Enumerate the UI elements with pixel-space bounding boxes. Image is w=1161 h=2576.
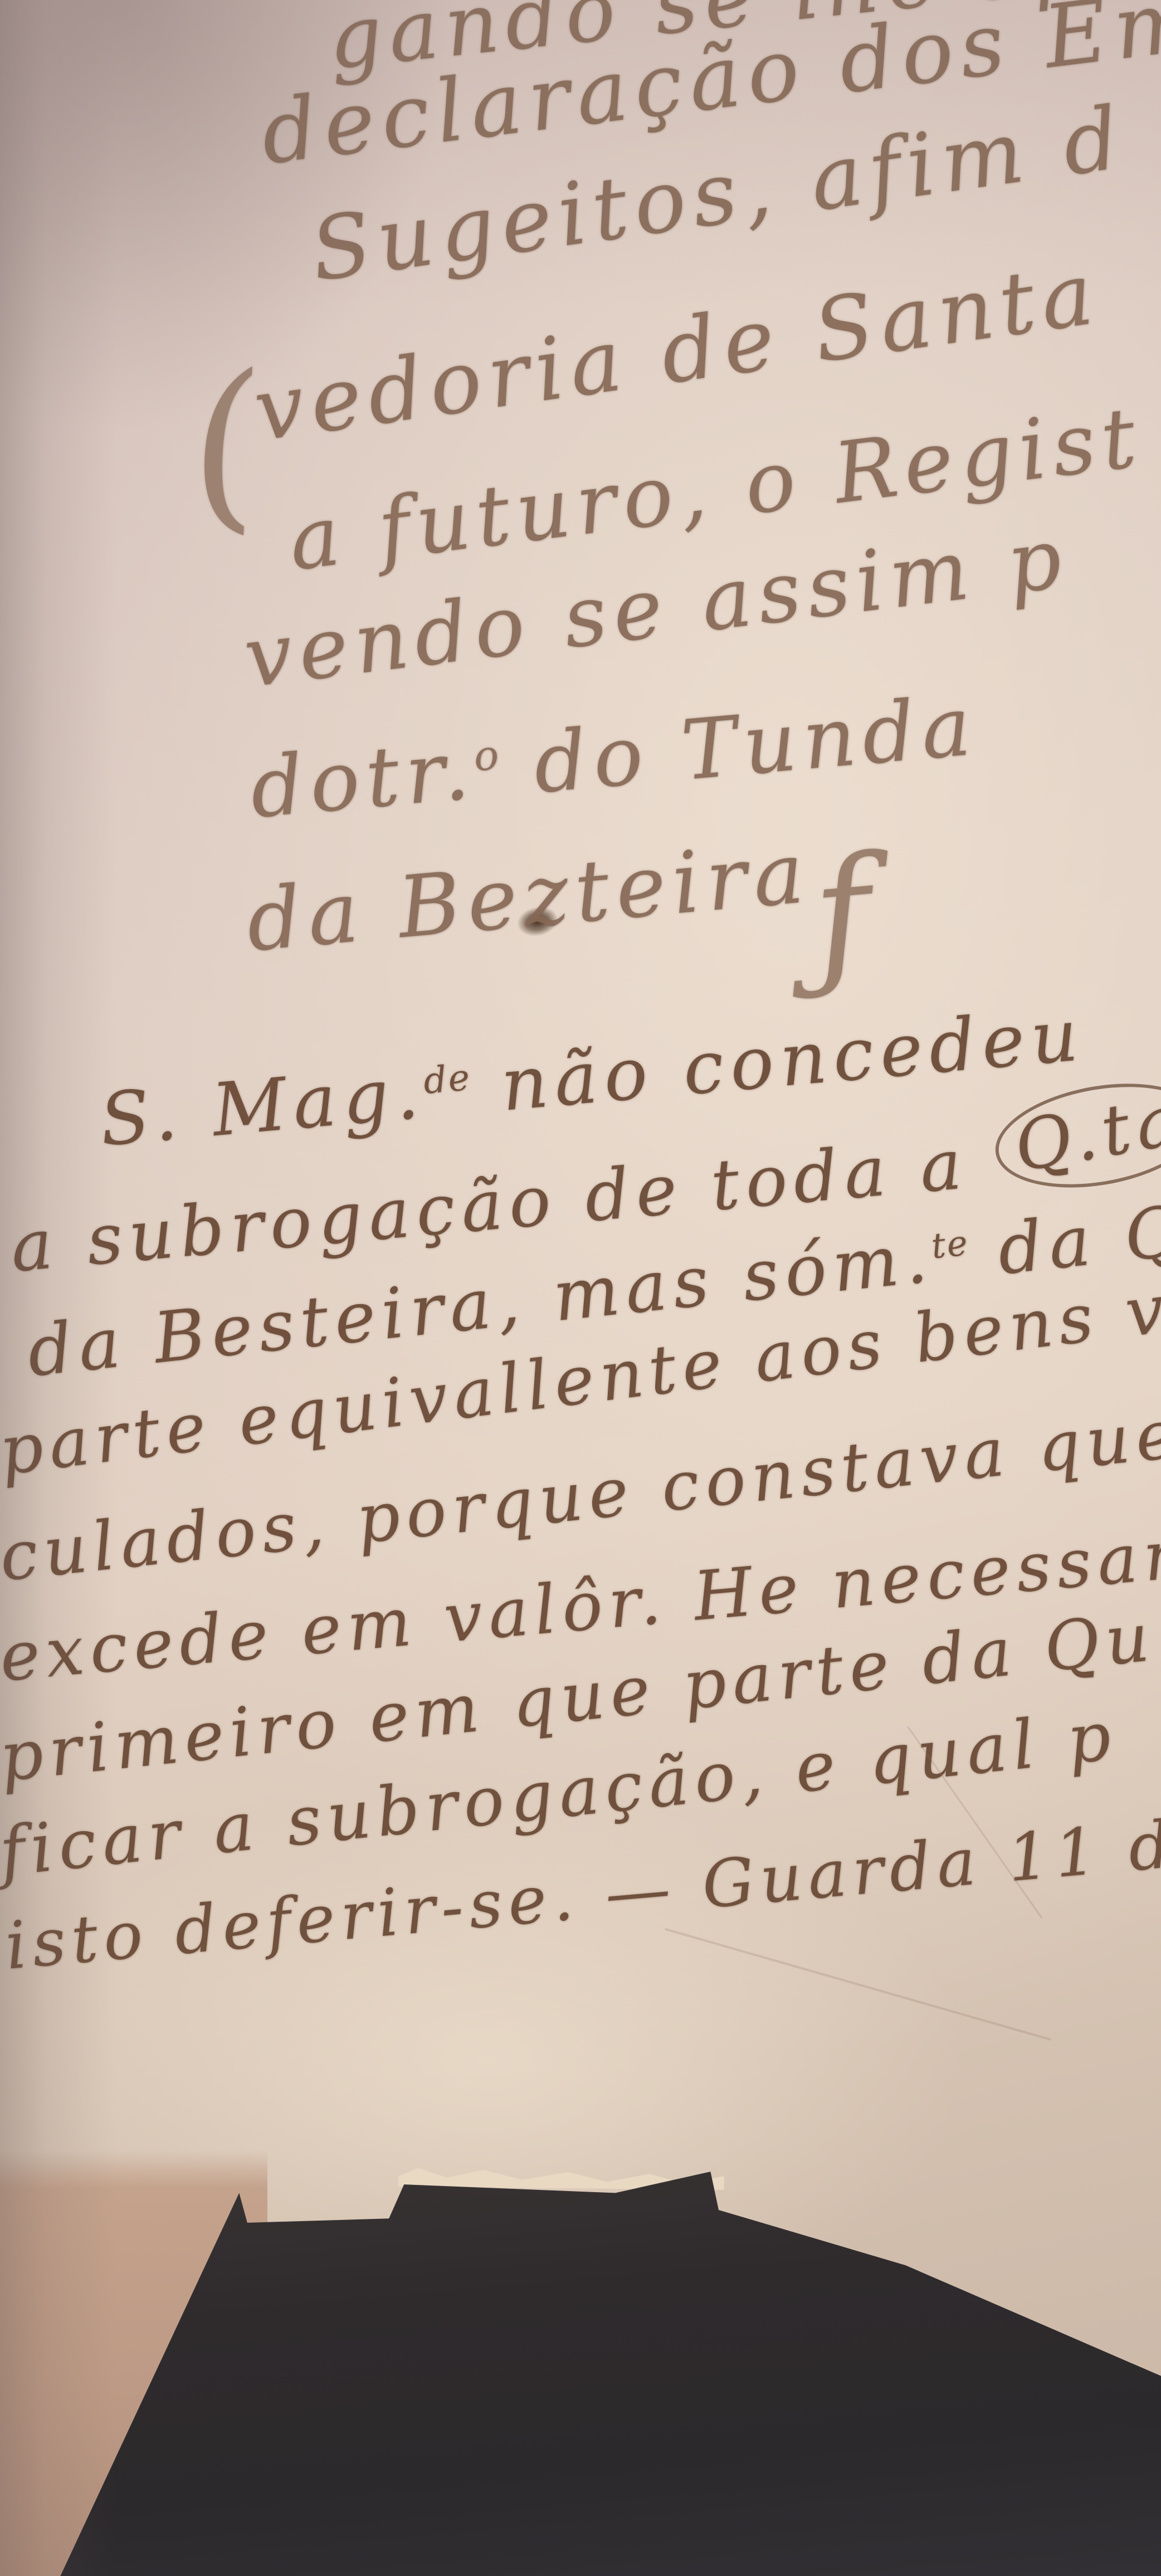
line-text: dotr. (247, 721, 480, 837)
line-text: da Bezteira (243, 823, 814, 970)
circled-abbreviation: Q.ta (987, 1069, 1161, 1203)
manuscript-line: dotr.o do Tunda (247, 677, 981, 836)
manuscript-photo: gando se lhe aprop declaração dos Em Sug… (0, 0, 1161, 2576)
line-text: do Tunda (497, 677, 981, 814)
superscript-abbreviation: de (422, 1057, 472, 1102)
superscript-abbreviation: te (929, 1222, 970, 1267)
paper-crease (665, 1928, 1051, 2041)
line-text: S. Mag. (96, 1050, 428, 1162)
superscript-abbreviation: o (472, 731, 503, 781)
flourish-stroke: ƒ (806, 823, 878, 1006)
